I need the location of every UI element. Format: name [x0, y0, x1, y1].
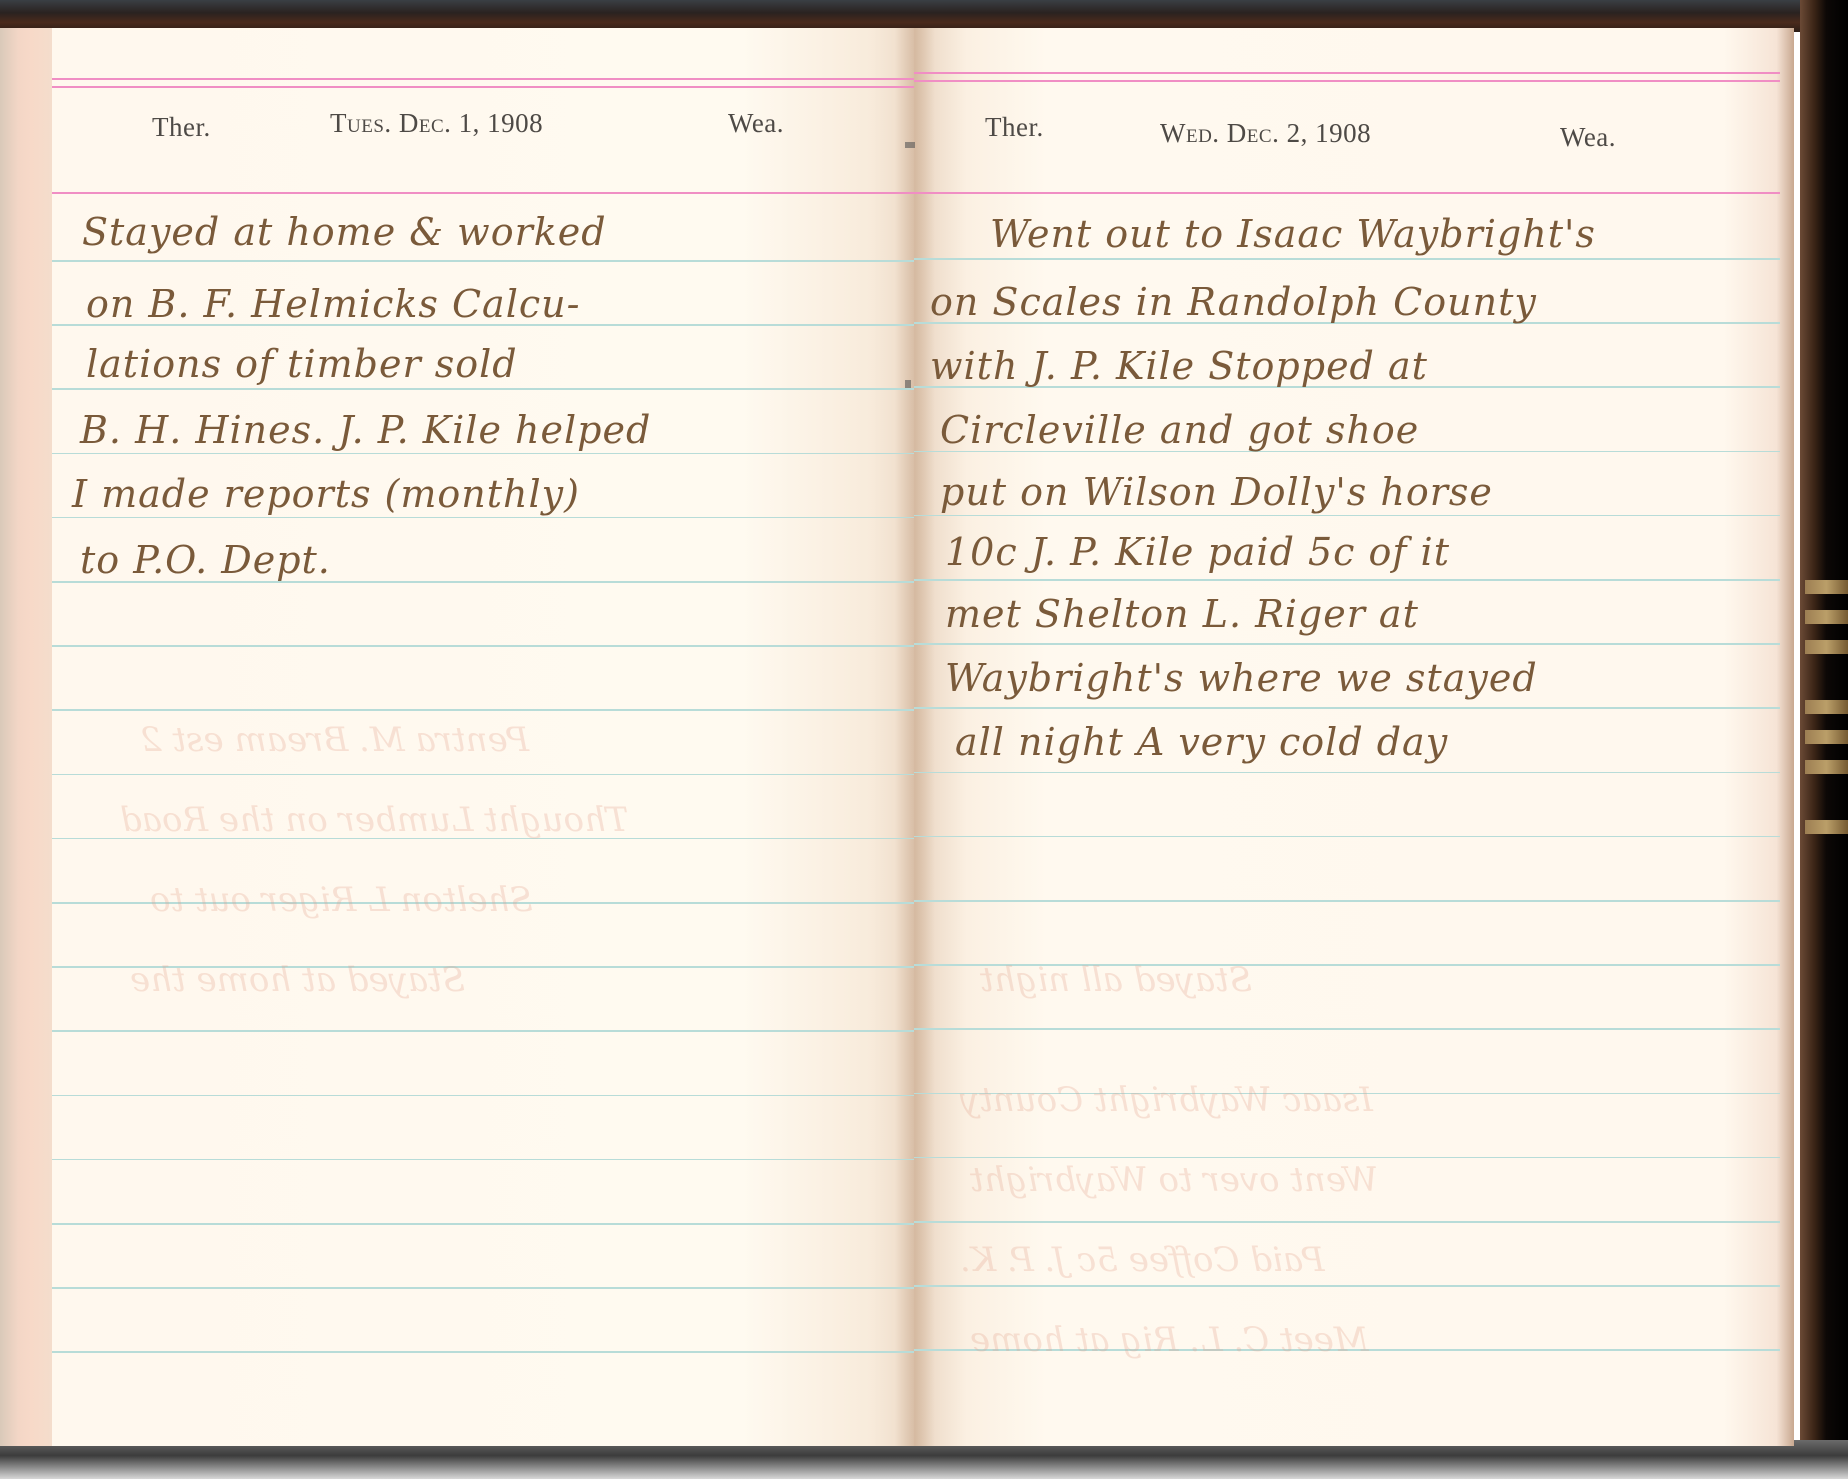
- ruled-line: [914, 836, 1780, 838]
- header-top-rule-1: [914, 72, 1780, 74]
- ruled-line: [914, 579, 1780, 581]
- page-date: Wed. Dec. 2, 1908: [1160, 118, 1371, 149]
- bleed-through: Pentra M. Bream est 2: [140, 720, 529, 760]
- entry-line: Stayed at home & worked: [82, 210, 607, 254]
- entry-line: Waybright's where we stayed: [945, 656, 1538, 700]
- bleed-through: Stayed at home the: [130, 960, 465, 1000]
- entry-line: on B. F. Helmicks Calcu-: [86, 282, 580, 326]
- ruled-line: [914, 515, 1780, 517]
- ruled-line: [52, 1159, 914, 1161]
- entry-line: put on Wilson Dolly's horse: [940, 470, 1493, 514]
- binding-thread: [1805, 820, 1848, 834]
- thermometer-label: Ther.: [152, 112, 211, 143]
- entry-line: with J. P. Kile Stopped at: [930, 344, 1428, 388]
- ruled-line: [52, 517, 914, 519]
- bleed-through: Paid Coffee 5c J. P. K.: [960, 1240, 1325, 1280]
- ruled-line: [52, 260, 914, 262]
- entry-line: met Shelton L. Riger at: [945, 592, 1419, 636]
- binding-thread: [1805, 700, 1848, 714]
- ruled-line: [914, 1157, 1780, 1159]
- book-gutter: [895, 28, 935, 1446]
- binding-thread: [1805, 610, 1848, 624]
- ruled-line: [52, 453, 914, 455]
- binding-thread: [1805, 640, 1848, 654]
- ruled-line: [52, 388, 914, 390]
- entry-line: Circleville and got shoe: [940, 408, 1419, 452]
- entry-line: on Scales in Randolph County: [930, 280, 1537, 324]
- ruled-line: [52, 1030, 914, 1032]
- weather-label: Wea.: [728, 108, 784, 139]
- header-top-rule-2: [914, 80, 1780, 82]
- header-bottom-rule: [52, 192, 914, 194]
- weather-label: Wea.: [1560, 122, 1616, 153]
- ruled-line: [52, 1223, 914, 1225]
- page-date: Tues. Dec. 1, 1908: [330, 108, 543, 139]
- binding-thread: [1805, 760, 1848, 774]
- page-stack-edge: [0, 28, 53, 1446]
- header-top-rule-1: [52, 78, 914, 80]
- entry-line: Went out to Isaac Waybright's: [990, 212, 1596, 256]
- entry-line: I made reports (monthly): [72, 472, 580, 516]
- ruled-line: [52, 774, 914, 776]
- bleed-through: Thought Lumber on the Road: [120, 800, 629, 840]
- entry-line: lations of timber sold: [86, 342, 518, 386]
- ruled-line: [52, 1095, 914, 1097]
- binding-thread: [1805, 580, 1848, 594]
- ruled-line: [52, 1287, 914, 1289]
- entry-line: to P.O. Dept.: [80, 538, 331, 582]
- bleed-through: Isaac Waybright County: [960, 1080, 1373, 1120]
- ruled-line: [52, 709, 914, 711]
- entry-line: all night A very cold day: [955, 720, 1448, 764]
- ruled-line: [914, 707, 1780, 709]
- ruled-line: [914, 258, 1780, 260]
- gutter-mark: [905, 142, 915, 148]
- ruled-line: [52, 645, 914, 647]
- ruled-line: [914, 772, 1780, 774]
- bleed-through: Shelton L Riger out to: [150, 880, 533, 920]
- bleed-through: Went over to Waybright: [970, 1160, 1378, 1200]
- thermometer-label: Ther.: [985, 112, 1044, 143]
- header-top-rule-2: [52, 86, 914, 88]
- entry-line: 10c J. P. Kile paid 5c of it: [945, 530, 1450, 574]
- header-bottom-rule: [914, 192, 1780, 194]
- ruled-line: [914, 1221, 1780, 1223]
- binding-thread: [1805, 730, 1848, 744]
- ruled-line: [914, 900, 1780, 902]
- ruled-line: [914, 1028, 1780, 1030]
- bleed-through: Stayed all night: [980, 960, 1252, 1000]
- ruled-line: [52, 1351, 914, 1353]
- ruled-line: [914, 1285, 1780, 1287]
- bleed-through: Meet C. L. Rig at home: [970, 1320, 1369, 1360]
- entry-line: B. H. Hines. J. P. Kile helped: [80, 408, 651, 452]
- ruled-line: [914, 643, 1780, 645]
